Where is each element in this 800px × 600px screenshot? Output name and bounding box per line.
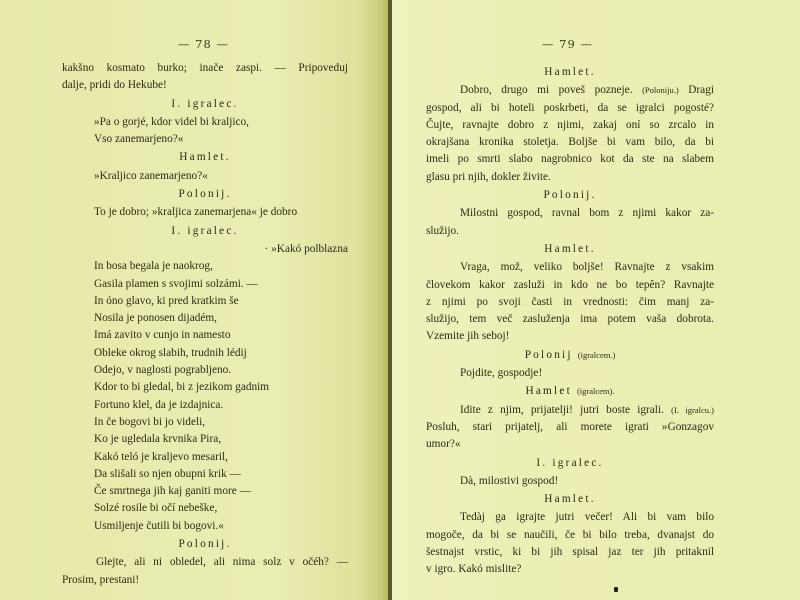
prose-line: Vraga, mož, veliko boljše! Ravnajte z vs… <box>426 259 714 276</box>
line-text: Dragi <box>688 84 714 96</box>
line-text: I. igralec. <box>171 98 238 110</box>
line-text: Idite z njim, prijatelji! jutri boste ig… <box>460 404 664 416</box>
verse-line: Obleke okrog slabih, trudnih lédij <box>62 345 348 362</box>
line-text: Fortuno klel, da je izdajnica. <box>94 399 223 411</box>
speaker-heading: Hamlet (igralcem). <box>426 383 714 400</box>
prose-line: človekom kakor zasluži in kdo ne bo tepê… <box>426 277 714 294</box>
left-page: — 78 — kakšno kosmato burko; inače zaspi… <box>0 0 388 600</box>
prose-line: Posluh, stari prijatelj, ali morete igra… <box>426 419 714 436</box>
prose-line: z njimi po svoji časti in vrednosti: čim… <box>426 294 714 311</box>
speaker-heading: I. igralec. <box>426 455 714 472</box>
prose-line: Tedàj ga igrajte jutri večer! Ali bi vam… <box>426 509 714 526</box>
line-text: Vraga, mož, veliko boljše! Ravnajte z vs… <box>460 261 714 273</box>
verse-line: · »Kakó polblazna <box>62 241 348 258</box>
line-text: Kdor to bi gledal, bi z jezikom gadnim <box>94 381 269 393</box>
verse-line: Solzé rosile bi očí nebeške, <box>62 500 348 517</box>
line-text: glasu pri njih, dokler živite. <box>426 171 551 183</box>
speaker-heading: Polonij. <box>426 187 714 204</box>
page-number: — 78 — <box>178 37 229 51</box>
line-text: · »Kakó polblazna <box>265 243 348 255</box>
verse-line: Če smrtnega jih kaj ganiti more — <box>62 483 348 500</box>
verse-line: Vso zanemarjeno?« <box>62 131 348 148</box>
line-text: v igro. Kakó mislite? <box>426 563 521 575</box>
line-text: Vso zanemarjeno?« <box>94 133 183 145</box>
line-text: Hamlet. <box>544 66 595 78</box>
prose-line: Dobro, drugo mi poveš pozneje. (Poloniju… <box>426 82 714 99</box>
line-text: Ko je ugledala krvnika Pira, <box>94 433 221 445</box>
verse-line: In óno glavo, ki pred kratkim še <box>62 293 348 310</box>
line-text: služijo, tem več zasluženja ima potem va… <box>426 313 714 325</box>
speaker-heading: Hamlet. <box>62 149 348 166</box>
speaker-heading: Hamlet. <box>426 64 714 81</box>
line-text: Glejte, ali ni obledel, ali nima solz v … <box>96 556 348 568</box>
speaker-heading: Polonij (igralcem.) <box>426 347 714 364</box>
prose-line: v igro. Kakó mislite? <box>426 561 714 578</box>
prose-line: Prosim, prestani! <box>62 572 348 589</box>
prose-line: umor?« <box>426 436 714 453</box>
line-text: šestnajst vrstic, ki bi jih spisal jaz t… <box>426 546 714 558</box>
line-text: Dà, milostivi gospod! <box>460 475 558 487</box>
speaker-heading: I. igralec. <box>62 96 348 113</box>
verse-line: Kakó teló je kraljevo mesaril, <box>62 449 348 466</box>
line-text: Če smrtnega jih kaj ganiti more — <box>94 485 251 497</box>
line-text: Tedàj ga igrajte jutri večer! Ali bi vam… <box>460 511 714 523</box>
line-text: imeli po smrti slabo nagrobnico kot da s… <box>426 153 714 165</box>
verse-line: Usmiljenje čutili bi bogovi.« <box>62 518 348 535</box>
line-text: »Pa o gorjé, kdor videl bi kraljico, <box>94 116 249 128</box>
prose-line: služijo, tem več zasluženja ima potem va… <box>426 311 714 328</box>
line-text: Polonij. <box>178 538 231 550</box>
line-text: Hamlet. <box>544 243 595 255</box>
line-text: Nosila je ponosen dijadém, <box>94 312 217 324</box>
page-number: — 79 — <box>542 37 593 51</box>
prose-line: šestnajst vrstic, ki bi jih spisal jaz t… <box>426 544 714 561</box>
prose-line: Idite z njim, prijatelji! jutri boste ig… <box>426 402 714 419</box>
line-text: gospod, ali bi hoteli poskrbeti, da se i… <box>426 102 714 114</box>
prose-line: mogoče, da bi se naučili, če bi bilo tre… <box>426 527 714 544</box>
verse-line: Fortuno klel, da je izdajnica. <box>62 397 348 414</box>
line-text: Polonij <box>525 349 573 361</box>
line-text: »Kraljico zanemarjeno?« <box>94 170 208 182</box>
line-text: Imá zavito v cunjo in namesto <box>94 329 230 341</box>
line-text: Pojdite, gospodje! <box>460 367 542 379</box>
line-text: Hamlet <box>525 385 571 397</box>
verse-line: »Kraljico zanemarjeno?« <box>62 168 348 185</box>
line-text: služijo. <box>426 225 459 237</box>
verse-line: Nosila je ponosen dijadém, <box>62 310 348 327</box>
line-text: In če bogovi bi jo videli, <box>94 416 205 428</box>
line-text: Dobro, drugo mi poveš pozneje. <box>460 84 633 96</box>
left-page-text: kakšno kosmato burko; inače zaspi. — Pri… <box>62 60 348 589</box>
speaker-heading: I. igralec. <box>62 223 348 240</box>
line-text: Milostni gospod, ravnal bom z njimi kako… <box>460 207 714 219</box>
verse-line: Odejo, v naglosti pograbljeno. <box>62 362 348 379</box>
prose-line: glasu pri njih, dokler živite. <box>426 169 714 186</box>
line-text: Prosim, prestani! <box>62 574 139 586</box>
line-text: Gasila plamen s svojimi solzámi. — <box>94 278 258 290</box>
line-text: I. igralec. <box>171 225 238 237</box>
right-page: — 79 — Hamlet.Dobro, drugo mi poveš pozn… <box>392 0 800 600</box>
line-text: Odejo, v naglosti pograbljeno. <box>94 364 231 376</box>
line-text: In óno glavo, ki pred kratkim še <box>94 295 239 307</box>
line-text: Usmiljenje čutili bi bogovi.« <box>94 520 224 532</box>
line-text: Solzé rosile bi očí nebeške, <box>94 502 217 514</box>
speaker-heading: Hamlet. <box>426 491 714 508</box>
line-text: z njimi po svoji časti in vrednosti: čim… <box>426 296 714 308</box>
verse-line: Gasila plamen s svojimi solzámi. — <box>62 276 348 293</box>
line-text: človekom kakor zasluži in kdo ne bo tepê… <box>426 279 714 291</box>
line-text: Polonij. <box>543 189 596 201</box>
right-page-text: Hamlet.Dobro, drugo mi poveš pozneje. (P… <box>426 63 714 579</box>
verse-line: Imá zavito v cunjo in namesto <box>62 327 348 344</box>
book-spread: — 78 — kakšno kosmato burko; inače zaspi… <box>0 0 800 600</box>
prose-line: služijo. <box>426 223 714 240</box>
stage-direction: (igralcem). <box>577 386 615 396</box>
line-text: Posluh, stari prijatelj, ali morete igra… <box>426 421 714 433</box>
prose-line: gospod, ali bi hoteli poskrbeti, da se i… <box>426 100 714 117</box>
speaker-heading: Hamlet. <box>426 241 714 258</box>
line-text: Hamlet. <box>179 151 230 163</box>
ink-speck <box>614 587 618 592</box>
prose-line: okrajšana kronika stoletja. Boljše bi va… <box>426 134 714 151</box>
speaker-heading: Polonij. <box>62 186 348 203</box>
prose-line: Dà, milostivi gospod! <box>426 473 714 490</box>
line-text: Kakó teló je kraljevo mesaril, <box>94 451 228 463</box>
verse-line: »Pa o gorjé, kdor videl bi kraljico, <box>62 114 348 131</box>
stage-direction: (Poloniju.) <box>642 85 679 95</box>
line-text: Obleke okrog slabih, trudnih lédij <box>94 347 247 359</box>
line-text: I. igralec. <box>536 457 603 469</box>
prose-line: kakšno kosmato burko; inače zaspi. — Pri… <box>62 60 348 77</box>
prose-line: Milostni gospod, ravnal bom z njimi kako… <box>426 205 714 222</box>
line-text: Da slišali so njen obupni krik — <box>94 468 241 480</box>
verse-line: Kdor to bi gledal, bi z jezikom gadnim <box>62 379 348 396</box>
line-text: Čujte, ravnajte dobro z njimi, zakaj oní… <box>426 119 714 131</box>
line-text: Hamlet. <box>544 493 595 505</box>
prose-line: Vzemite jih seboj! <box>426 328 714 345</box>
speaker-heading: Polonij. <box>62 536 348 553</box>
verse-line: In bosa begala je naokrog, <box>62 258 348 275</box>
line-text: dalje, pridi do Hekube! <box>62 79 167 91</box>
line-text: Polonij. <box>178 188 231 200</box>
line-text: Vzemite jih seboj! <box>426 330 509 342</box>
line-text: kakšno kosmato burko; inače zaspi. — Pri… <box>62 62 348 74</box>
prose-line: dalje, pridi do Hekube! <box>62 77 348 94</box>
stage-direction: (igralcem.) <box>578 350 616 360</box>
prose-line: imeli po smrti slabo nagrobnico kot da s… <box>426 151 714 168</box>
verse-line: Da slišali so njen obupni krik — <box>62 466 348 483</box>
line-text: okrajšana kronika stoletja. Boljše bi va… <box>426 136 714 148</box>
line-text: To je dobro; »kraljica zanemarjena« je d… <box>94 206 297 218</box>
line-text: mogoče, da bi se naučili, če bi bilo tre… <box>426 529 714 541</box>
prose-line: Glejte, ali ni obledel, ali nima solz v … <box>62 554 348 571</box>
line-text: umor?« <box>426 438 461 450</box>
line-text: In bosa begala je naokrog, <box>94 260 213 272</box>
verse-line: In če bogovi bi jo videli, <box>62 414 348 431</box>
prose-line: Čujte, ravnajte dobro z njimi, zakaj oní… <box>426 117 714 134</box>
prose-line: Pojdite, gospodje! <box>426 365 714 382</box>
verse-line: To je dobro; »kraljica zanemarjena« je d… <box>62 204 348 221</box>
stage-direction: (I. igralcu.) <box>671 405 714 415</box>
verse-line: Ko je ugledala krvnika Pira, <box>62 431 348 448</box>
